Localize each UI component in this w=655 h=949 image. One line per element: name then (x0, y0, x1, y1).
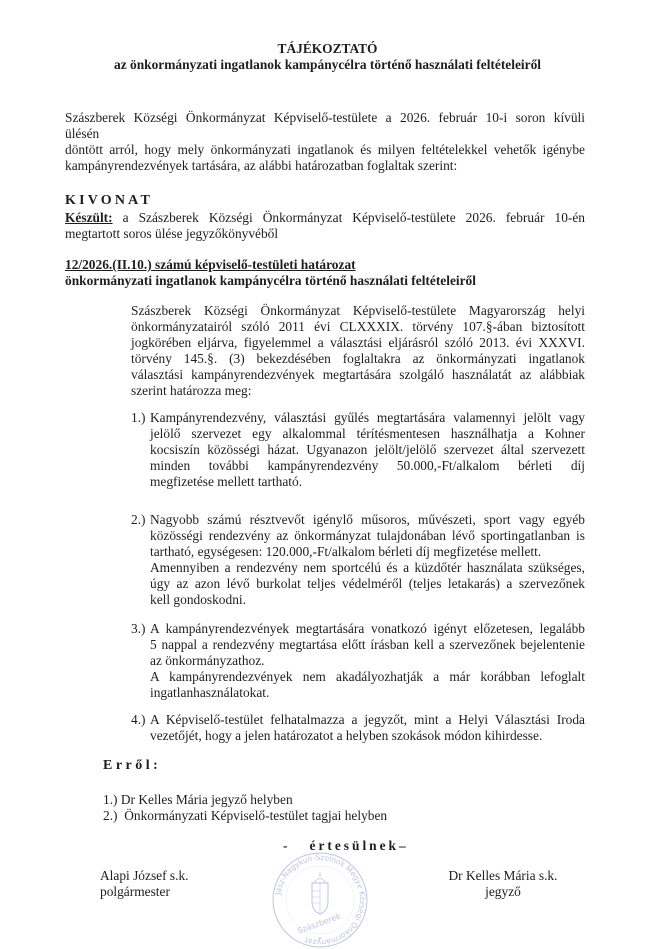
item-line: tartható, egységesen: 120.000,-Ft/alkalo… (150, 544, 585, 560)
item-line: Kampányrendezvény, választási gyűlés meg… (150, 410, 585, 426)
item-line: az önkormányzathoz. (150, 653, 585, 669)
item-line: vezetőjét, hogy a jelen határozatot a he… (150, 728, 585, 744)
item-line: megfizetése mellett tartható. (150, 474, 585, 490)
document-title: TÁJÉKOZTATÓ (0, 41, 655, 57)
intro-line: döntött arról, hogy mely önkormányzati i… (65, 142, 585, 158)
item-line: úgy az azon lévő burkolat teljes védelmé… (150, 576, 585, 592)
made-text-2: megtartott soros ülése jegyzőkönyvéből (65, 226, 585, 242)
resolution-item: 3.)A kampányrendezvények megtartására vo… (131, 621, 585, 701)
resolution-item: 4.)A Képviselő-testület felhatalmazza a … (131, 712, 585, 744)
item-line: kocsiszín közösségi házat. Ugyanazon jel… (150, 442, 585, 458)
item-number: 1.) (131, 410, 146, 426)
extract-made: Készült: a Szászberek Községi Önkormányz… (65, 210, 585, 242)
intro-line: kampányrendezvények tartására, az alábbi… (65, 158, 585, 174)
intro-line: ülésén (65, 126, 585, 142)
notary-name: Dr Kelles Mária s.k. (438, 868, 568, 884)
resolution-preamble: Szászberek Községi Önkormányzat Képvisel… (131, 303, 585, 399)
item-line: jelölő szervezet egy alkalommal térítésm… (150, 426, 585, 442)
mayor-name: Alapi József s.k. (100, 868, 189, 884)
official-stamp-icon: Jász-Nagykun-Szolnok Megye Községi Önkor… (270, 850, 370, 949)
resolution-subject: önkormányzati ingatlanok kampánycélra tö… (65, 273, 476, 289)
preamble-line: szerint határozza meg: (131, 383, 585, 399)
resolution-item: 2.)Nagyobb számú résztvevőt igénylő műso… (131, 512, 585, 608)
item-line: 5 nappal a rendezvény megtartása előtt í… (150, 637, 585, 653)
preamble-line: önkormányzatairól szóló 2011 évi CLXXXIX… (131, 319, 585, 335)
item-line: közösségi rendezvény az önkormányzat tul… (150, 528, 585, 544)
document-subtitle: az önkormányzati ingatlanok kampánycélra… (0, 57, 655, 73)
recipient-item: 2.) Önkormányzati Képviselő-testület tag… (103, 808, 387, 824)
preamble-line: választási kampányrendezvények megtartás… (131, 367, 585, 383)
item-line: A Képviselő-testület felhatalmazza a jeg… (150, 712, 585, 728)
item-number: 4.) (131, 712, 146, 728)
resolution-item: 1.)Kampányrendezvény, választási gyűlés … (131, 410, 585, 490)
item-number: 3.) (131, 621, 146, 637)
notice-heading: Erről: (103, 758, 161, 774)
item-line: Amennyiben a rendezvény nem sportcélú és… (150, 560, 585, 576)
recipient-item: 1.) Dr Kelles Mária jegyző helyben (103, 792, 293, 808)
item-line: kell gondoskodni. (150, 592, 585, 608)
item-line: ingatlanhasználatokat. (150, 685, 585, 701)
notary-title: jegyző (438, 884, 568, 900)
extract-heading: KIVONAT (65, 193, 153, 209)
intro-line: Szászberek Községi Önkormányzat Képvisel… (65, 110, 585, 126)
made-text: a Szászberek Községi Önkormányzat Képvis… (123, 210, 585, 225)
item-line: A kampányrendezvények nem akadályozhatjá… (150, 669, 585, 685)
intro-paragraph: Szászberek Községi Önkormányzat Képvisel… (65, 110, 585, 174)
item-number: 2.) (131, 512, 146, 528)
svg-text:*: * (318, 935, 322, 944)
svg-text:Szászberek: Szászberek (296, 912, 342, 936)
mayor-title: polgármester (100, 884, 170, 900)
resolution-number: 12/2026.(II.10.) számú képviselő-testüle… (65, 257, 356, 273)
item-line: minden további kampányrendezvény 50.000,… (150, 458, 585, 474)
preamble-line: jogkörében eljárva, figyelemmel a válasz… (131, 335, 585, 351)
made-label: Készült: (65, 210, 113, 225)
preamble-line: Szászberek Községi Önkormányzat Képvisel… (131, 303, 585, 319)
item-line: Nagyobb számú résztvevőt igénylő műsoros… (150, 512, 585, 528)
preamble-line: törvény 145.§. (3) bekezdésében foglalta… (131, 351, 585, 367)
item-line: A kampányrendezvények megtartására vonat… (150, 621, 585, 637)
